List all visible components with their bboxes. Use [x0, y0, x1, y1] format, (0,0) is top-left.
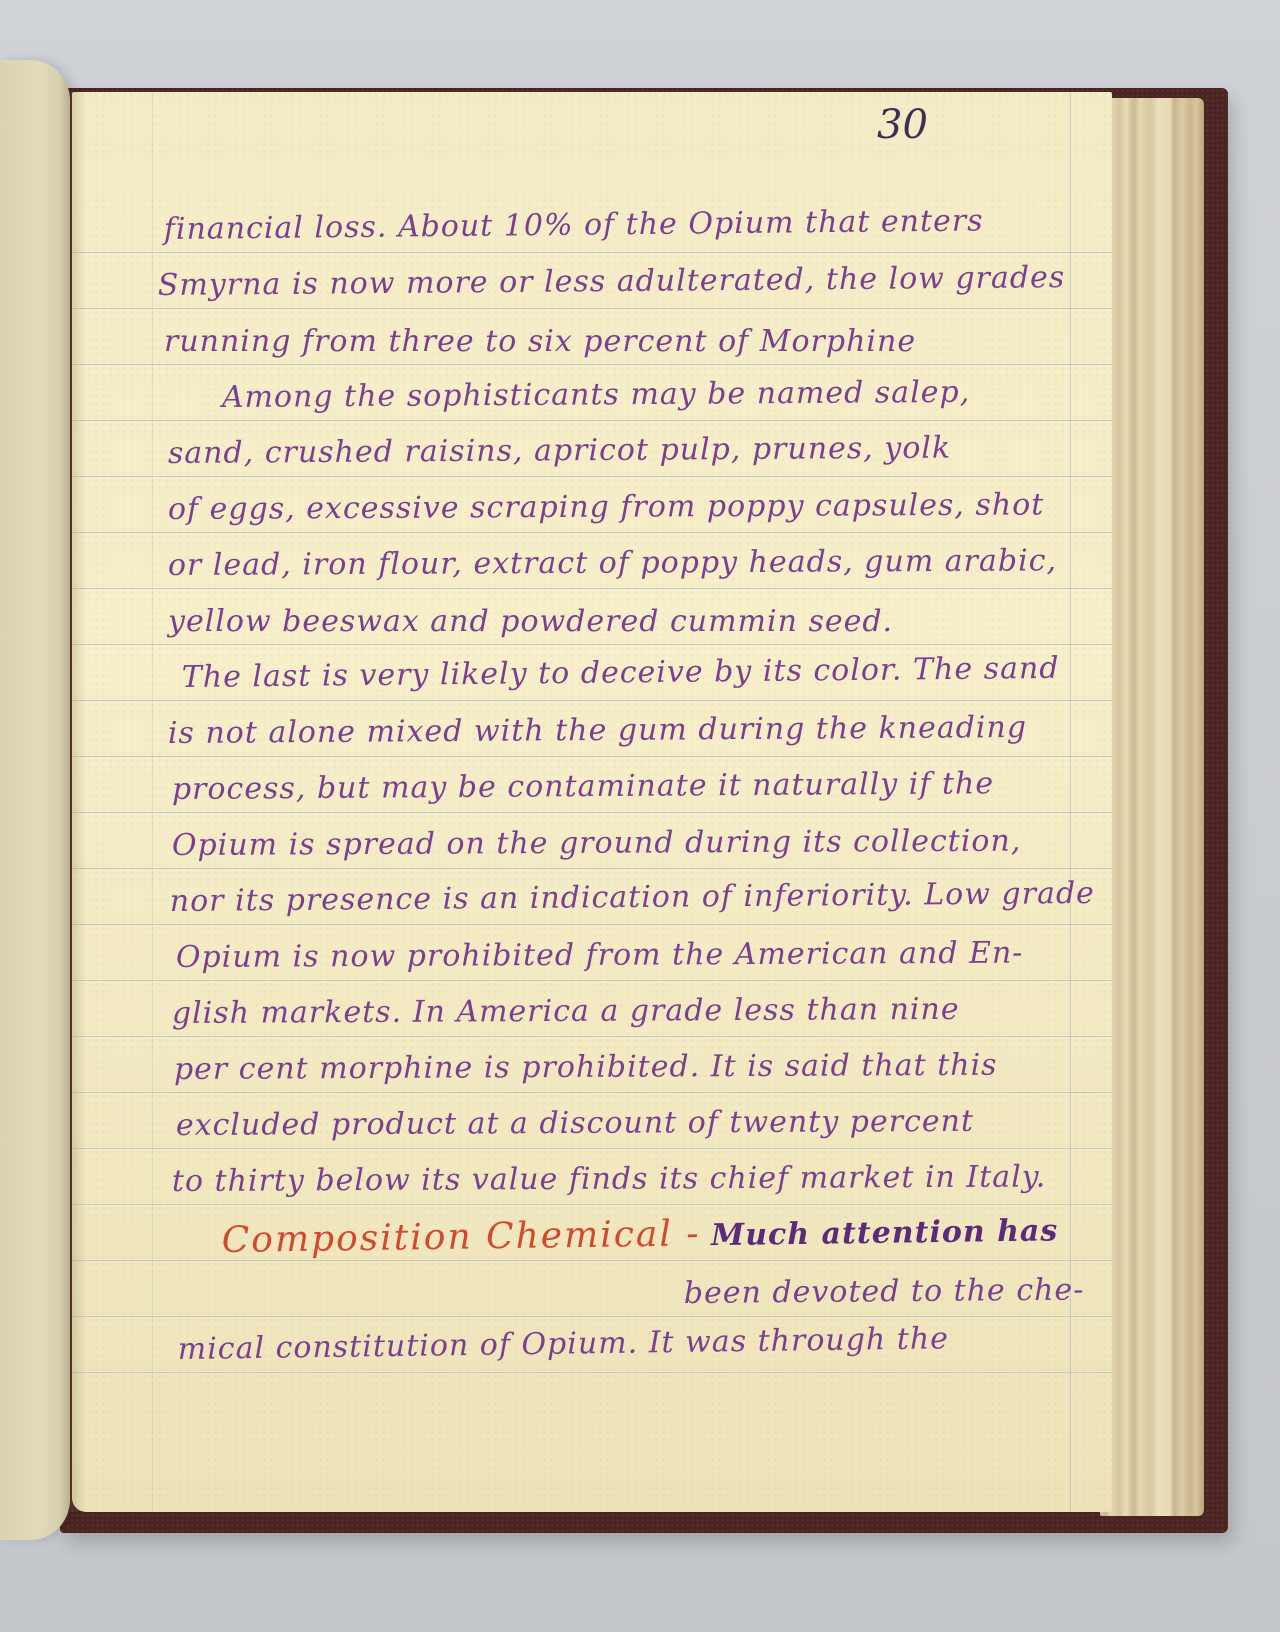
text-line: been devoted to the che-: [684, 1273, 1085, 1311]
ruled-line: [72, 308, 1112, 309]
ruled-line: [72, 980, 1112, 981]
text-line: Smyrna is now more or less adulterated, …: [158, 260, 1066, 303]
section-heading-line: Composition Chemical - Much attention ha…: [221, 1208, 1058, 1261]
ruled-line: [72, 364, 1112, 365]
ruled-line: [72, 1316, 1112, 1317]
text-line: Opium is spread on the ground during its…: [172, 824, 1022, 863]
section-heading-continuation: Much attention has: [711, 1213, 1059, 1253]
text-line: or lead, iron flour, extract of poppy he…: [168, 543, 1057, 583]
ruled-line: [72, 476, 1112, 477]
ruled-line: [72, 700, 1112, 701]
text-line: running from three to six percent of Mor…: [164, 324, 916, 359]
text-line: yellow beeswax and powdered cummin seed.: [168, 604, 893, 639]
text-line: to thirty below its value finds its chie…: [172, 1159, 1047, 1199]
manuscript-page: 30 financial loss. About 10% of the Opiu…: [72, 92, 1112, 1512]
page-edges-stack: [1100, 98, 1204, 1516]
ruled-line: [72, 420, 1112, 421]
text-line: nor its presence is an indication of inf…: [170, 876, 1095, 919]
text-line: sand, crushed raisins, apricot pulp, pru…: [168, 431, 951, 471]
left-margin-line: [152, 92, 153, 1512]
text-line: process, but may be contaminate it natur…: [172, 766, 994, 807]
text-line: financial loss. About 10% of the Opium t…: [164, 203, 984, 247]
section-heading: Composition Chemical -: [221, 1213, 700, 1261]
text-line: is not alone mixed with the gum during t…: [168, 710, 1027, 751]
text-line: of eggs, excessive scraping from poppy c…: [168, 487, 1045, 527]
ruled-line: [72, 1036, 1112, 1037]
ruled-line: [72, 252, 1112, 253]
ruled-line: [72, 1148, 1112, 1149]
ruled-line: [72, 1092, 1112, 1093]
ruled-line: [72, 644, 1112, 645]
ruled-line: [72, 1372, 1112, 1373]
text-line: per cent morphine is prohibited. It is s…: [174, 1048, 998, 1087]
ruled-line: [72, 1204, 1112, 1205]
page-number: 30: [877, 102, 928, 148]
ruled-line: [72, 588, 1112, 589]
text-line: mical constitution of Opium. It was thro…: [178, 1321, 950, 1367]
ruled-line: [72, 812, 1112, 813]
text-line: The last is very likely to deceive by it…: [182, 651, 1060, 695]
text-line: excluded product at a discount of twenty…: [176, 1104, 974, 1143]
gutter-shadow: [70, 92, 86, 1512]
text-line: Opium is now prohibited from the America…: [176, 936, 1024, 975]
ruled-line: [72, 924, 1112, 925]
ruled-line: [72, 868, 1112, 869]
ruled-line: [72, 532, 1112, 533]
text-line: glish markets. In America a grade less t…: [172, 992, 960, 1031]
text-line: Among the sophisticants may be named sal…: [222, 375, 971, 415]
ruled-line: [72, 756, 1112, 757]
left-page-curl: [0, 60, 70, 1540]
